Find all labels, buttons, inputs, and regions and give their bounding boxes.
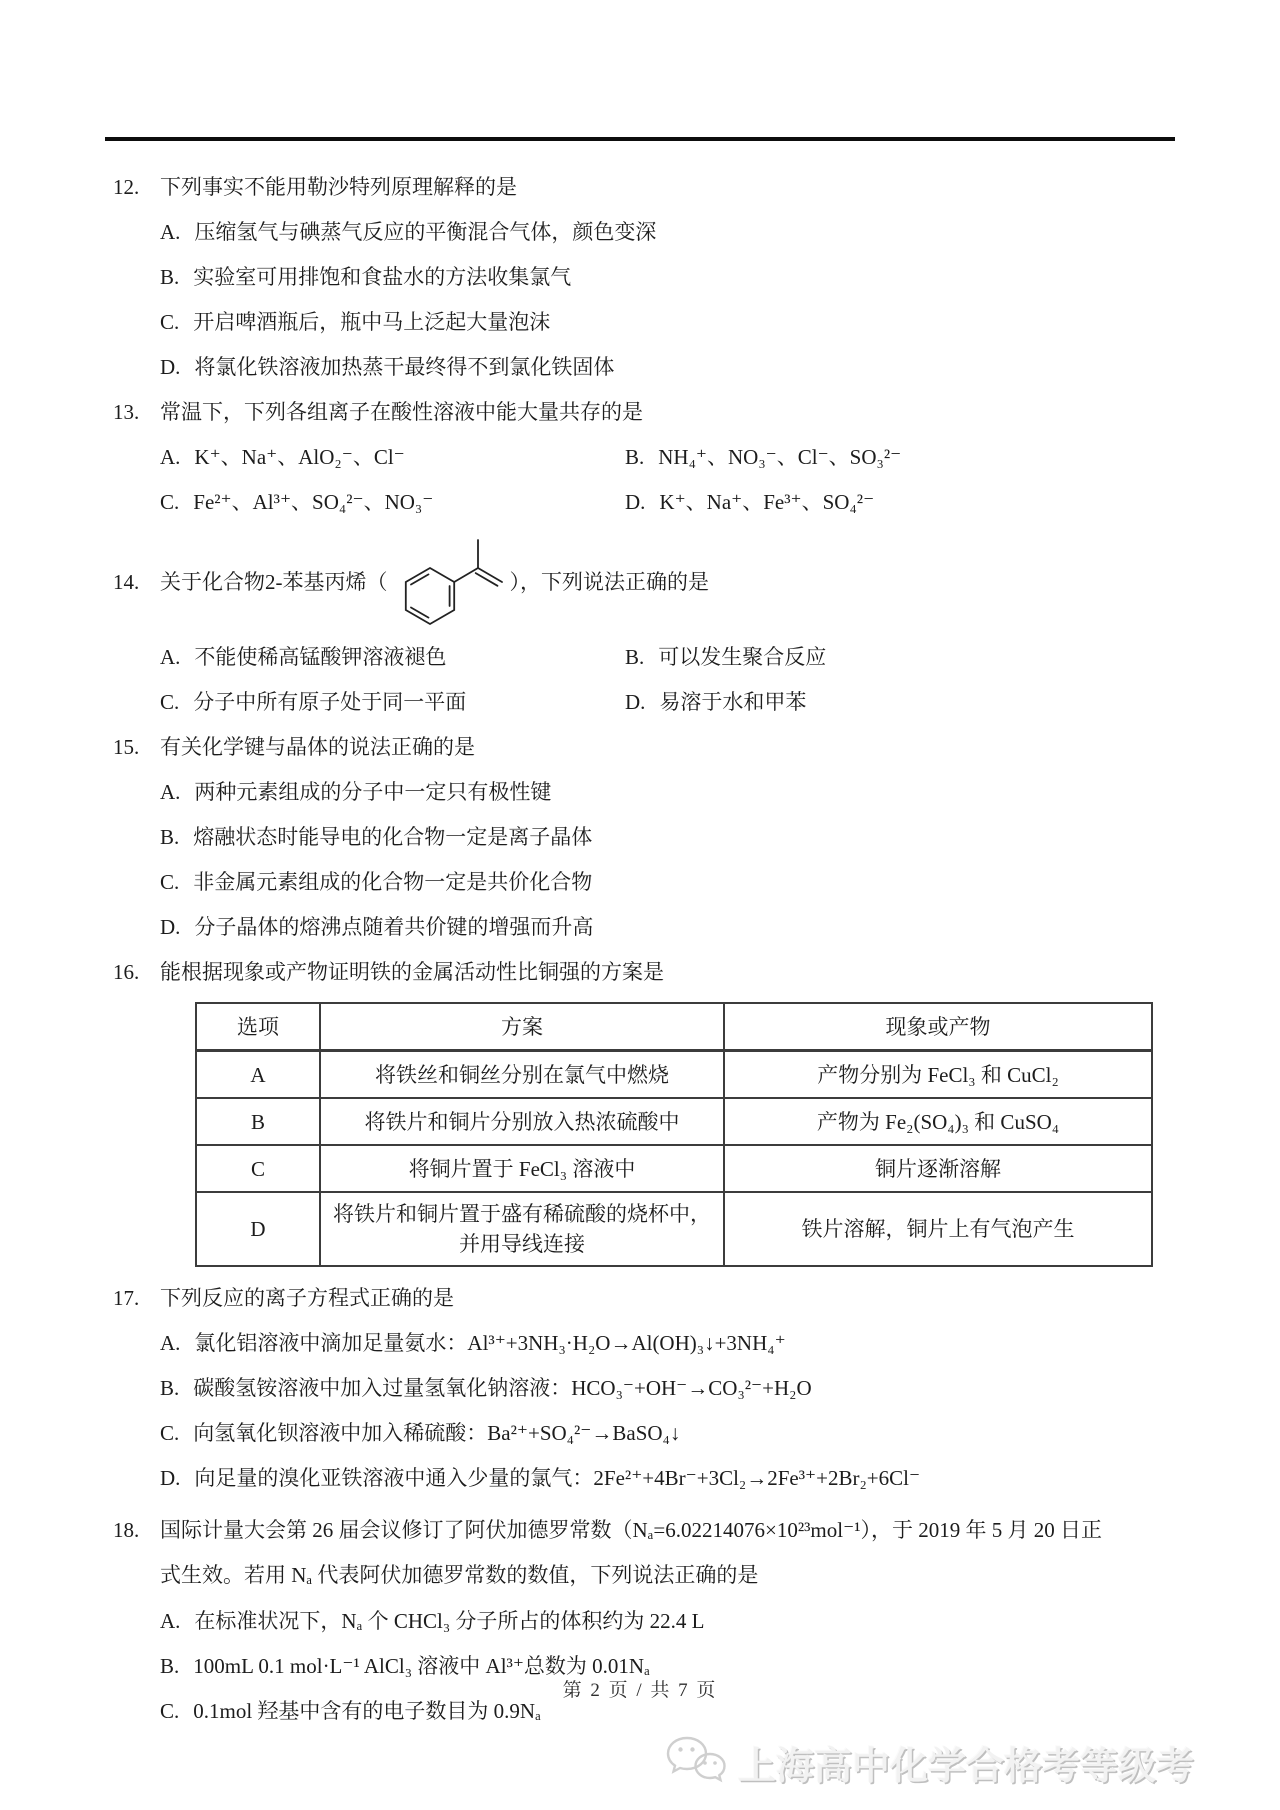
table-row: D 将铁片和铜片置于盛有稀硫酸的烧杯中，并用导线连接 铁片溶解，铜片上有气泡产生 [196, 1192, 1152, 1266]
question-13-stem-row: 13. 常温下，下列各组离子在酸性溶液中能大量共存的是 [113, 397, 1118, 427]
question-number: 18. [113, 1508, 160, 1598]
option-text: 将氯化铁溶液加热蒸干最终得不到氯化铁固体 [194, 352, 614, 382]
option-row: A. 两种元素组成的分子中一定只有极性键 [160, 777, 1118, 807]
question-16: 16. 能根据现象或产物证明铁的金属活动性比铜强的方案是 选项 方案 现象或产物… [113, 957, 1118, 1267]
question-number: 17. [113, 1283, 160, 1313]
table-row: C 将铜片置于 FeCl₃ 溶液中 铜片逐渐溶解 [196, 1145, 1152, 1192]
column-header-plan: 方案 [320, 1003, 724, 1051]
option-label: D. [625, 487, 645, 517]
questions-area: 12. 下列事实不能用勒沙特列原理解释的是 A. 压缩氢气与碘蒸气反应的平衡混合… [113, 172, 1118, 1741]
question-17-stem-row: 17. 下列反应的离子方程式正确的是 [113, 1283, 1118, 1313]
option-label: D. [160, 1463, 180, 1493]
question-15: 15. 有关化学键与晶体的说法正确的是 A. 两种元素组成的分子中一定只有极性键… [113, 732, 1118, 942]
option-row: D. 将氯化铁溶液加热蒸干最终得不到氯化铁固体 [160, 352, 1118, 382]
option-row: D. 向足量的溴化亚铁溶液中通入少量的氯气：2Fe²⁺+4Br⁻+3Cl₂→2F… [160, 1463, 1118, 1493]
option-label: B. [625, 442, 644, 472]
option-label: A. [160, 1606, 180, 1636]
option-row: A. K⁺、Na⁺、AlO₂⁻、Cl⁻ B. NH₄⁺、NO₃⁻、Cl⁻、SO₃… [160, 442, 1118, 472]
cell-plan: 将铁片和铜片置于盛有稀硫酸的烧杯中，并用导线连接 [320, 1192, 724, 1266]
cell-result: 产物为 Fe₂(SO₄)₃ 和 CuSO₄ [724, 1098, 1152, 1145]
question-number: 15. [113, 732, 160, 762]
option-row: D. 分子晶体的熔沸点随着共价键的增强而升高 [160, 912, 1118, 942]
question-stem: 下列事实不能用勒沙特列原理解释的是 [160, 172, 1118, 202]
option-a: A. K⁺、Na⁺、AlO₂⁻、Cl⁻ [160, 442, 625, 472]
option-text: 不能使稀高锰酸钾溶液褪色 [194, 642, 446, 672]
cell-plan: 将铁丝和铜丝分别在氯气中燃烧 [320, 1051, 724, 1099]
option-label: B. [160, 262, 179, 292]
table-row: B 将铁片和铜片分别放入热浓硫酸中 产物为 Fe₂(SO₄)₃ 和 CuSO₄ [196, 1098, 1152, 1145]
option-text: 在标准状况下，Nₐ 个 CHCl₃ 分子所占的体积约为 22.4 L [194, 1606, 704, 1636]
option-label: A. [160, 442, 180, 472]
question-number: 13. [113, 397, 160, 427]
option-label: A. [160, 642, 180, 672]
option-row: A. 压缩氢气与碘蒸气反应的平衡混合气体，颜色变深 [160, 217, 1118, 247]
option-text: 碳酸氢铵溶液中加入过量氢氧化钠溶液：HCO₃⁻+OH⁻→CO₃²⁻+H₂O [193, 1373, 811, 1403]
option-label: A. [160, 217, 180, 247]
cell-result: 铜片逐渐溶解 [724, 1145, 1152, 1192]
option-text: Fe²⁺、Al³⁺、SO₄²⁻、NO₃⁻ [193, 487, 433, 517]
option-label: C. [160, 1418, 179, 1448]
option-row: C. 分子中所有原子处于同一平面 D. 易溶于水和甲苯 [160, 687, 1118, 717]
option-label: C. [160, 307, 179, 337]
option-text: 分子中所有原子处于同一平面 [193, 687, 466, 717]
cell-plan: 将铁片和铜片分别放入热浓硫酸中 [320, 1098, 724, 1145]
option-b: B. 可以发生聚合反应 [625, 642, 826, 672]
option-row: A. 不能使稀高锰酸钾溶液褪色 B. 可以发生聚合反应 [160, 642, 1118, 672]
question-16-stem-row: 16. 能根据现象或产物证明铁的金属活动性比铜强的方案是 [113, 957, 1118, 987]
cell-result: 铁片溶解，铜片上有气泡产生 [724, 1192, 1152, 1266]
option-row: B. 碳酸氢铵溶液中加入过量氢氧化钠溶液：HCO₃⁻+OH⁻→CO₃²⁻+H₂O [160, 1373, 1118, 1403]
option-text: NH₄⁺、NO₃⁻、Cl⁻、SO₃²⁻ [658, 442, 901, 472]
option-text: K⁺、Na⁺、AlO₂⁻、Cl⁻ [194, 442, 404, 472]
option-label: C. [160, 487, 179, 517]
question-stem: 常温下，下列各组离子在酸性溶液中能大量共存的是 [160, 397, 1118, 427]
question-stem: 下列反应的离子方程式正确的是 [160, 1283, 1118, 1313]
cell-option: C [196, 1145, 320, 1192]
column-header-result: 现象或产物 [724, 1003, 1152, 1051]
question-stem: 国际计量大会第 26 届会议修订了阿伏加德罗常数（Nₐ=6.02214076×1… [160, 1508, 1118, 1598]
option-row: C. Fe²⁺、Al³⁺、SO₄²⁻、NO₃⁻ D. K⁺、Na⁺、Fe³⁺、S… [160, 487, 1118, 517]
header-rule [105, 137, 1175, 141]
option-row: C. 向氢氧化钡溶液中加入稀硫酸：Ba²⁺+SO₄²⁻→BaSO₄↓ [160, 1418, 1118, 1448]
table-row: A 将铁丝和铜丝分别在氯气中燃烧 产物分别为 FeCl₃ 和 CuCl₂ [196, 1051, 1152, 1099]
question-14: 14. 关于化合物2-苯基丙烯（ [113, 532, 1118, 717]
phenylpropene-structure-drawing [390, 532, 508, 632]
question-stem-prefix: 关于化合物2-苯基丙烯（ [160, 567, 388, 597]
option-c: C. Fe²⁺、Al³⁺、SO₄²⁻、NO₃⁻ [160, 487, 625, 517]
option-text: K⁺、Na⁺、Fe³⁺、SO₄²⁻ [659, 487, 874, 517]
wechat-icon [664, 1732, 730, 1792]
option-label: A. [160, 1328, 180, 1358]
option-label: D. [160, 352, 180, 382]
option-text: 易溶于水和甲苯 [659, 687, 806, 717]
table-header-row: 选项 方案 现象或产物 [196, 1003, 1152, 1051]
option-text: 分子晶体的熔沸点随着共价键的增强而升高 [194, 912, 593, 942]
option-label: D. [625, 687, 645, 717]
watermark: 上海高中化学合格考等级考 [664, 1732, 1194, 1792]
option-text: 实验室可用排饱和食盐水的方法收集氯气 [193, 262, 571, 292]
question-12-stem-row: 12. 下列事实不能用勒沙特列原理解释的是 [113, 172, 1118, 202]
question-stem-suffix: ），下列说法正确的是 [510, 567, 710, 597]
option-text: 向足量的溴化亚铁溶液中通入少量的氯气：2Fe²⁺+4Br⁻+3Cl₂→2Fe³⁺… [194, 1463, 920, 1493]
option-a: A. 不能使稀高锰酸钾溶液褪色 [160, 642, 625, 672]
cell-result: 产物分别为 FeCl₃ 和 CuCl₂ [724, 1051, 1152, 1099]
option-row: C. 开启啤酒瓶后，瓶中马上泛起大量泡沫 [160, 307, 1118, 337]
option-row: B. 熔融状态时能导电的化合物一定是离子晶体 [160, 822, 1118, 852]
question-12: 12. 下列事实不能用勒沙特列原理解释的是 A. 压缩氢气与碘蒸气反应的平衡混合… [113, 172, 1118, 382]
option-label: A. [160, 777, 180, 807]
watermark-text: 上海高中化学合格考等级考 [738, 1735, 1194, 1790]
option-text: 两种元素组成的分子中一定只有极性键 [194, 777, 551, 807]
option-b: B. NH₄⁺、NO₃⁻、Cl⁻、SO₃²⁻ [625, 442, 901, 472]
option-text: 压缩氢气与碘蒸气反应的平衡混合气体，颜色变深 [194, 217, 656, 247]
option-label: C. [160, 687, 179, 717]
question-18-stem-row: 18. 国际计量大会第 26 届会议修订了阿伏加德罗常数（Nₐ=6.022140… [113, 1508, 1118, 1598]
q16-experiment-table: 选项 方案 现象或产物 A 将铁丝和铜丝分别在氯气中燃烧 产物分别为 FeCl₃… [195, 1002, 1153, 1267]
column-header-option: 选项 [196, 1003, 320, 1051]
option-row: B. 实验室可用排饱和食盐水的方法收集氯气 [160, 262, 1118, 292]
option-text: 开启啤酒瓶后，瓶中马上泛起大量泡沫 [193, 307, 550, 337]
exam-page: 12. 下列事实不能用勒沙特列原理解释的是 A. 压缩氢气与碘蒸气反应的平衡混合… [0, 0, 1280, 1810]
cell-plan: 将铜片置于 FeCl₃ 溶液中 [320, 1145, 724, 1192]
option-text: 可以发生聚合反应 [658, 642, 826, 672]
option-text: 氯化铝溶液中滴加足量氨水：Al³⁺+3NH₃·H₂O→Al(OH)₃↓+3NH₄… [194, 1328, 785, 1358]
option-d: D. 易溶于水和甲苯 [625, 687, 806, 717]
option-label: B. [160, 1373, 179, 1403]
option-label: D. [160, 912, 180, 942]
option-c: C. 分子中所有原子处于同一平面 [160, 687, 625, 717]
question-number: 16. [113, 957, 160, 987]
page-number: 第 2 页 / 共 7 页 [0, 1675, 1280, 1702]
option-row: A. 在标准状况下，Nₐ 个 CHCl₃ 分子所占的体积约为 22.4 L [160, 1606, 1118, 1636]
option-label: B. [160, 822, 179, 852]
option-row: A. 氯化铝溶液中滴加足量氨水：Al³⁺+3NH₃·H₂O→Al(OH)₃↓+3… [160, 1328, 1118, 1358]
option-label: C. [160, 867, 179, 897]
option-row: C. 非金属元素组成的化合物一定是共价化合物 [160, 867, 1118, 897]
question-stem: 能根据现象或产物证明铁的金属活动性比铜强的方案是 [160, 957, 1118, 987]
question-17: 17. 下列反应的离子方程式正确的是 A. 氯化铝溶液中滴加足量氨水：Al³⁺+… [113, 1283, 1118, 1493]
cell-option: B [196, 1098, 320, 1145]
question-15-stem-row: 15. 有关化学键与晶体的说法正确的是 [113, 732, 1118, 762]
cell-option: D [196, 1192, 320, 1266]
cell-option: A [196, 1051, 320, 1099]
option-text: 熔融状态时能导电的化合物一定是离子晶体 [193, 822, 592, 852]
option-label: B. [625, 642, 644, 672]
question-13: 13. 常温下，下列各组离子在酸性溶液中能大量共存的是 A. K⁺、Na⁺、Al… [113, 397, 1118, 517]
question-number: 14. [113, 567, 160, 597]
question-number: 12. [113, 172, 160, 202]
question-stem: 有关化学键与晶体的说法正确的是 [160, 732, 1118, 762]
option-text: 非金属元素组成的化合物一定是共价化合物 [193, 867, 592, 897]
option-d: D. K⁺、Na⁺、Fe³⁺、SO₄²⁻ [625, 487, 874, 517]
option-text: 向氢氧化钡溶液中加入稀硫酸：Ba²⁺+SO₄²⁻→BaSO₄↓ [193, 1418, 680, 1448]
question-14-stem-row: 14. 关于化合物2-苯基丙烯（ [113, 532, 1118, 632]
